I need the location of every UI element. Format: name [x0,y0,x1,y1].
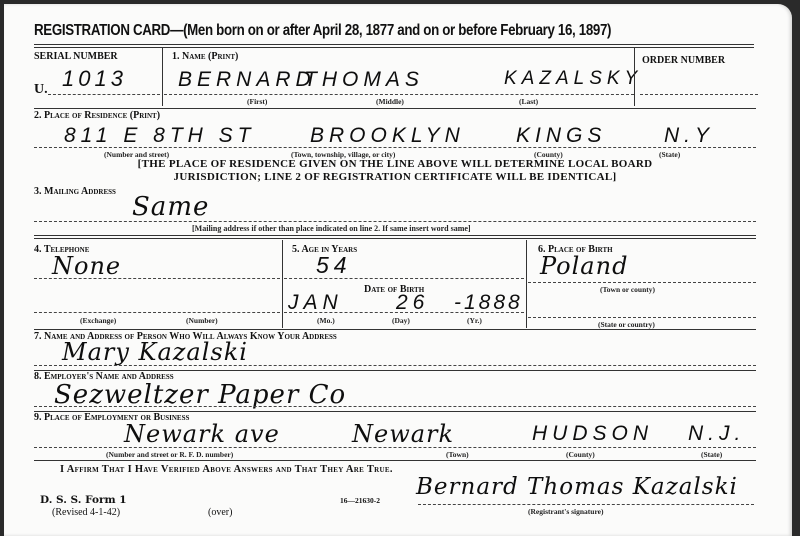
mailing-value: Same [132,192,209,222]
employment-state: N.J. [688,422,745,446]
over-note: (over) [208,507,232,518]
card-title: REGISTRATION CARD—(Men born on or after … [34,22,611,40]
name-last: KAZALSKY [504,68,642,90]
residence-street: 811 E 8TH ST [64,124,256,148]
last-caption: (Last) [519,97,538,106]
serial-number-value: 1013 [62,66,127,92]
birthplace-value: Poland [540,252,628,280]
name-first: BERNARD [178,68,316,92]
year-caption: (Yr.) [467,316,482,325]
mailing-caption: [Mailing address if other than place ind… [192,224,471,233]
form-revised: (Revised 4-1-42) [52,507,120,518]
affirmation-text: I Affirm That I Have Verified Above Answ… [60,464,393,475]
employment-street: Newark ave [124,420,280,448]
mailing-label: 3. Mailing Address [34,186,116,197]
employment-county-caption: (County) [566,450,595,459]
signature-caption: (Registrant's signature) [528,507,603,516]
employment-street-caption: (Number and street or R. F. D. number) [106,450,233,459]
birthplace-state-caption: (State or country) [598,320,655,329]
residence-state: N.Y [664,124,714,148]
serial-prefix: U. [34,82,48,98]
name-middle: THOMAS [304,68,424,92]
day-caption: (Day) [392,316,410,325]
exchange-caption: (Exchange) [80,316,116,325]
residence-town: BROOKLYN [310,124,465,148]
name-label: 1. Name (Print) [172,51,238,62]
age-value: 54 [316,252,352,279]
registration-card: REGISTRATION CARD—(Men born on or after … [4,4,792,536]
birthplace-town-caption: (Town or county) [600,285,655,294]
employment-county: HUDSON [532,422,653,446]
contact-value: Mary Kazalski [62,338,248,366]
order-number-label: ORDER NUMBER [642,55,725,66]
residence-notice: [THE PLACE OF RESIDENCE GIVEN ON THE LIN… [34,158,756,184]
middle-caption: (Middle) [376,97,404,106]
employment-town-caption: (Town) [446,450,469,459]
residence-label: 2. Place of Residence (Print) [34,110,160,121]
print-code: 16—21630-2 [340,496,380,505]
first-caption: (First) [247,97,267,106]
registrant-signature: Bernard Thomas Kazalski [416,474,738,500]
telephone-value: None [52,252,121,280]
residence-county: KINGS [516,124,606,148]
form-id: D. S. S. Form 1 [40,494,127,506]
title-rule [34,44,754,48]
serial-number-label: SERIAL NUMBER [34,51,118,62]
month-caption: (Mo.) [317,316,335,325]
employment-town: Newark [352,420,454,448]
employment-state-caption: (State) [701,450,722,459]
number-caption: (Number) [186,316,218,325]
